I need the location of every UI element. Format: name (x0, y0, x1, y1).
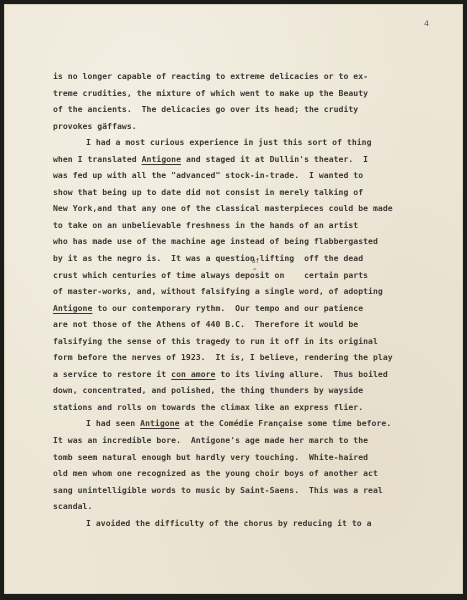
line-text-pre: by it as the negro is. It was a question (53, 253, 255, 263)
underlined-title: Antigone (140, 418, 179, 428)
text-line: when I translated Antigone and staged it… (53, 151, 433, 168)
line-text-pre: a service to restore it (53, 369, 171, 379)
text-line: to take on an unbelievable freshness in … (53, 217, 433, 234)
line-text-post: at the Comédie Française some time befor… (180, 418, 392, 428)
text-line: tomb seem natural enough but hardly very… (53, 449, 433, 466)
text-line: Antigone to our contemporary rythm. Our … (53, 300, 433, 317)
text-line: by it as the negro is. It was a question… (53, 250, 433, 267)
underlined-phrase: con amore (171, 369, 215, 379)
page-number: 4 (424, 19, 429, 29)
line-text-post: to our contemporary rythm. Our tempo and… (92, 303, 363, 313)
paragraph-start-line: I had seen Antigone at the Comédie Franç… (53, 415, 433, 432)
text-line: falsifying the sense of this tragedy to … (53, 333, 433, 350)
text-line: of the ancients. The delicacies go over … (53, 101, 433, 118)
caret-mark-icon: ^ (253, 264, 257, 281)
line-text-pre: I had seen (86, 418, 140, 428)
text-line: sang unintelligible words to music by Sa… (53, 482, 433, 499)
text-line: form before the nerves of 1923. It is, I… (53, 349, 433, 366)
text-line: old men whom one recognized as the young… (53, 465, 433, 482)
text-line: It was an incredible bore. Antigone's ag… (53, 432, 433, 449)
line-text-post: to its living allure. Thus boiled (215, 369, 387, 379)
text-line: down, concentrated, and polished, the th… (53, 382, 433, 399)
text-line: show that being up to date did not consi… (53, 184, 433, 201)
line-text-post: and staged it at Dullin's theater. I (181, 154, 368, 164)
text-line: a service to restore it con amore to its… (53, 366, 433, 383)
paragraph-start-line: I avoided the difficulty of the chorus b… (53, 515, 433, 532)
text-line: was fed up with all the "advanced" stock… (53, 167, 433, 184)
text-line: is no longer capable of reacting to extr… (53, 68, 433, 85)
line-text-post: lifting off the dead (255, 253, 363, 263)
typewritten-body: is no longer capable of reacting to extr… (53, 68, 433, 531)
manuscript-page: 4 is no longer capable of reacting to ex… (4, 4, 463, 594)
text-line: scandal. (53, 498, 433, 515)
text-line: are not those of the Athens of 440 B.C. … (53, 316, 433, 333)
text-line: stations and rolls on towards the climax… (53, 399, 433, 416)
text-line: provokes gäffaws. (53, 118, 433, 135)
text-line: of master-works, and, without falsifying… (53, 283, 433, 300)
paragraph-start-line: I had a most curious experience in just … (53, 134, 433, 151)
text-line: treme crudities, the mixture of which we… (53, 85, 433, 102)
scan-frame: 4 is no longer capable of reacting to ex… (0, 0, 467, 600)
underlined-title: Antigone (53, 303, 92, 313)
text-line: New York,and that any one of the classic… (53, 200, 433, 217)
text-line: who has made use of the machine age inst… (53, 233, 433, 250)
underlined-title: Antigone (142, 154, 181, 164)
line-text-pre: when I translated (53, 154, 142, 164)
text-line: crust which centuries of time always dep… (53, 267, 433, 284)
